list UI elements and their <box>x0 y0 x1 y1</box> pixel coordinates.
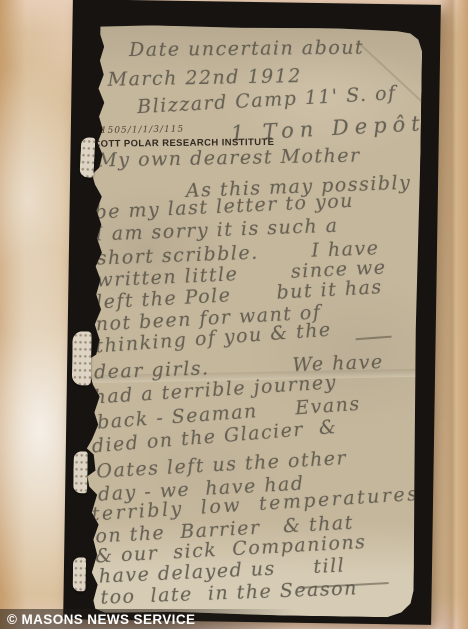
torn-edge-flap <box>79 137 95 178</box>
torn-edge-flap <box>73 557 87 591</box>
handwritten-line: March 22nd 1912 <box>107 65 302 91</box>
handwritten-line: Date uncertain about <box>129 37 364 61</box>
handwritten-line: My own dearest Mother <box>97 144 361 171</box>
pencil-underline <box>356 336 392 341</box>
letter-paper: Date uncertain about March 22nd 1912 Bli… <box>83 24 422 617</box>
photograph-background: Date uncertain about March 22nd 1912 Bli… <box>0 0 468 629</box>
torn-edge-flap <box>73 451 88 493</box>
torn-edge-flap <box>72 331 92 385</box>
watermark-text: © MASONS NEWS SERVICE <box>7 612 195 627</box>
catalog-number: 1505/1/1/3/115 <box>101 124 185 136</box>
black-mount-mat: Date uncertain about March 22nd 1912 Bli… <box>63 0 441 625</box>
